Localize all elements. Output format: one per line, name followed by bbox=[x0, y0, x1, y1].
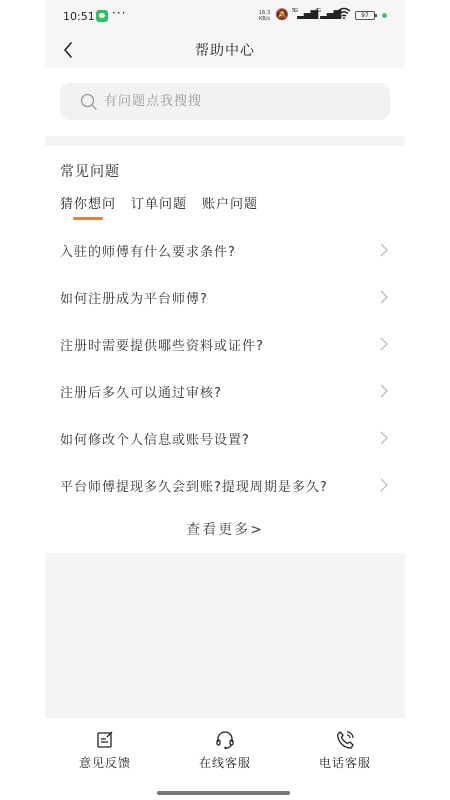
chevron-right-icon bbox=[379, 336, 389, 352]
chevron-right-icon bbox=[379, 383, 389, 399]
feedback-label: 意见反馈 bbox=[55, 754, 155, 771]
mute-icon: 🔕 bbox=[275, 8, 289, 21]
faq-item[interactable]: 入驻的师傅有什么要求条件? bbox=[45, 226, 405, 273]
page-title: 帮助中心 bbox=[45, 40, 405, 60]
view-more-link[interactable]: 查看更多> bbox=[45, 519, 405, 539]
search-box[interactable] bbox=[60, 83, 390, 120]
faq-question: 平台师傅提现多久会到账?提现周期是多久? bbox=[60, 476, 328, 495]
search-icon bbox=[80, 93, 98, 111]
wifi-icon bbox=[337, 7, 351, 22]
tab-orders[interactable]: 订单问题 bbox=[131, 193, 187, 223]
privacy-indicator-dot bbox=[382, 13, 387, 18]
status-bar: 10:51 ··· 16.3 KB/s 🔕 5G▂▄▆ 4G▂▄▆ 97 bbox=[45, 0, 405, 34]
faq-question: 注册后多久可以通过审核? bbox=[60, 382, 222, 401]
faq-question: 如何注册成为平台师傅? bbox=[60, 288, 208, 307]
faq-section: 常见问题 猜你想问 订单问题 账户问题 入驻的师傅有什么要求条件? 如何注册成为… bbox=[45, 146, 405, 553]
faq-item[interactable]: 平台师傅提现多久会到账?提现周期是多久? bbox=[45, 461, 405, 508]
bottom-bar: 意见反馈 在线客服 电话客服 bbox=[45, 718, 405, 800]
phone-icon bbox=[335, 730, 355, 750]
wechat-notification-icon bbox=[96, 10, 108, 22]
battery-icon: 97 bbox=[355, 11, 375, 20]
chevron-right-icon bbox=[379, 289, 389, 305]
chevron-right-icon bbox=[379, 430, 389, 446]
faq-question: 入驻的师傅有什么要求条件? bbox=[60, 241, 236, 260]
phone-screen: 10:51 ··· 16.3 KB/s 🔕 5G▂▄▆ 4G▂▄▆ 97 帮助中… bbox=[45, 0, 405, 800]
faq-question: 如何修改个人信息或账号设置? bbox=[60, 429, 250, 448]
faq-item[interactable]: 注册时需要提供哪些资料或证件? bbox=[45, 320, 405, 367]
faq-tabs: 猜你想问 订单问题 账户问题 bbox=[60, 193, 273, 223]
home-indicator[interactable] bbox=[157, 791, 290, 795]
faq-item[interactable]: 如何修改个人信息或账号设置? bbox=[45, 414, 405, 461]
phone-service-label: 电话客服 bbox=[295, 754, 395, 771]
faq-item[interactable]: 注册后多久可以通过审核? bbox=[45, 367, 405, 414]
search-section bbox=[45, 68, 405, 136]
chevron-right-icon bbox=[379, 242, 389, 258]
feedback-icon bbox=[95, 730, 115, 750]
sig1-label: 5G bbox=[292, 8, 297, 14]
nav-bar: 帮助中心 bbox=[45, 34, 405, 68]
section-divider bbox=[45, 136, 405, 146]
faq-question: 注册时需要提供哪些资料或证件? bbox=[60, 335, 264, 354]
network-speed: 16.3 KB/s bbox=[259, 10, 270, 22]
net-speed-unit: KB/s bbox=[259, 16, 270, 22]
tab-account[interactable]: 账户问题 bbox=[202, 193, 258, 223]
faq-item[interactable]: 如何注册成为平台师傅? bbox=[45, 273, 405, 320]
sig2-label: 4G bbox=[315, 8, 320, 14]
phone-service-button[interactable]: 电话客服 bbox=[295, 730, 395, 771]
tab-guess[interactable]: 猜你想问 bbox=[60, 193, 116, 223]
headset-icon bbox=[215, 730, 235, 750]
online-service-label: 在线客服 bbox=[175, 754, 275, 771]
signal-5g-icon: 5G▂▄▆ bbox=[292, 8, 317, 19]
chevron-right-icon bbox=[379, 477, 389, 493]
empty-area bbox=[45, 553, 405, 718]
faq-heading: 常见问题 bbox=[60, 161, 120, 181]
more-notifications-icon: ··· bbox=[112, 6, 126, 20]
feedback-button[interactable]: 意见反馈 bbox=[55, 730, 155, 771]
online-service-button[interactable]: 在线客服 bbox=[175, 730, 275, 771]
status-time: 10:51 bbox=[63, 10, 95, 23]
search-input[interactable] bbox=[104, 83, 374, 120]
faq-list: 入驻的师傅有什么要求条件? 如何注册成为平台师傅? 注册时需要提供哪些资料或证件… bbox=[45, 226, 405, 508]
top-bar: 10:51 ··· 16.3 KB/s 🔕 5G▂▄▆ 4G▂▄▆ 97 帮助中… bbox=[45, 0, 405, 68]
